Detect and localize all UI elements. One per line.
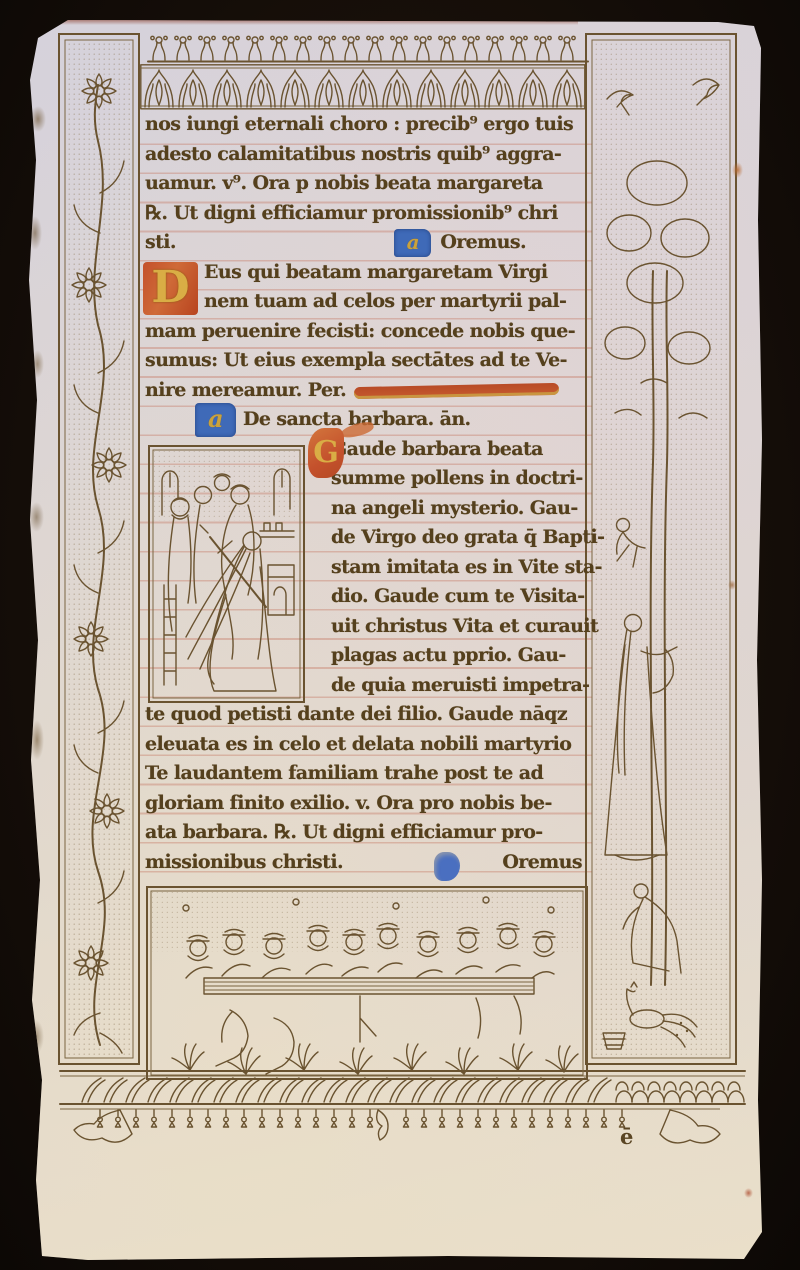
text-line: plagas actu pprio. Gau- <box>331 641 582 671</box>
text-line: summe pollens in doctri- <box>331 464 582 494</box>
text-line: sti. a Oremus. <box>145 228 582 258</box>
edge-stain <box>28 216 42 250</box>
edge-stain <box>31 350 44 378</box>
manuscript-leaf: nos iungi eternali choro : precib⁹ ergo … <box>28 20 762 1260</box>
text-line: eleuata es in celo et delata nobili mart… <box>145 730 582 760</box>
text-line: stam imitata es in Vite sta- <box>331 553 582 583</box>
text-line: nem tuam ad celos per martyrii pal- <box>145 287 582 317</box>
text-line: adesto calamitatibus nostris quib⁹ aggra… <box>145 140 582 170</box>
signature-mark: ē <box>620 1124 633 1149</box>
left-floral-border <box>58 33 140 1065</box>
text-segment: missionibus christi. <box>145 848 343 878</box>
text-line: te quod petisti dante dei filio. Gaude n… <box>145 700 582 730</box>
text-segment: nire mereamur. Per. <box>145 376 346 406</box>
text-line: na angeli mysterio. Gau- <box>331 494 582 524</box>
bottom-frieze-border <box>60 1068 745 1160</box>
leaf-top-edge-stain <box>58 20 578 25</box>
text-line: ata barbara. ℞. Ut digni efficiamur pro- <box>145 818 582 848</box>
text-line: Gaude barbara beata <box>331 435 582 465</box>
text-line: missionibus christi. Oremus <box>145 848 582 878</box>
text-line: uit christus Vita et curauit <box>331 612 582 642</box>
right-figural-border <box>585 33 737 1065</box>
edge-stain <box>29 502 44 532</box>
text-line: de quia meruisti impetra- <box>331 671 582 701</box>
top-cresting-border <box>148 33 588 64</box>
paraph-mark-icon: a <box>394 229 431 257</box>
blue-ink-blot <box>434 852 460 881</box>
top-arch-border <box>140 64 586 110</box>
rubricated-line-filler <box>354 383 559 399</box>
edge-stain <box>30 720 44 760</box>
rust-spot <box>744 1188 753 1198</box>
text-line: gloriam finito exilio. v. Ora pro nobis … <box>145 789 582 819</box>
text-line: de Virgo deo grata q̄ Bapti- <box>331 523 582 553</box>
bottom-woodcut-scene <box>146 886 588 1080</box>
text-line: Te laudantem familiam trahe post te ad <box>145 759 582 789</box>
text-line: dio. Gaude cum te Visita- <box>331 582 582 612</box>
text-line: ℞. Ut digni efficiamur promissionib⁹ chr… <box>145 199 582 229</box>
text-line: uamur. v⁹. Ora p nobis beata margareta <box>145 169 582 199</box>
text-line: nos iungi eternali choro : precib⁹ ergo … <box>145 110 582 140</box>
edge-stain <box>30 106 46 132</box>
oremus-label: Oremus <box>502 848 582 878</box>
text-line: Eus qui beatam margaretam Virgi <box>145 258 582 288</box>
edge-stain <box>28 1020 44 1054</box>
text-line: sumus: Ut eius exempla sectātes ad te Ve… <box>145 346 582 376</box>
text-block: nos iungi eternali choro : precib⁹ ergo … <box>145 110 582 882</box>
text-segment: sti. <box>145 228 176 258</box>
text-line: mam peruenire fecisti: concede nobis que… <box>145 317 582 347</box>
paraph-mark-icon: a <box>195 403 236 437</box>
illuminated-initial-d: D <box>143 262 198 315</box>
illuminated-initial-g: G <box>308 428 344 478</box>
text-line: nire mereamur. Per. <box>145 376 582 406</box>
oremus-label: Oremus. <box>440 228 526 258</box>
